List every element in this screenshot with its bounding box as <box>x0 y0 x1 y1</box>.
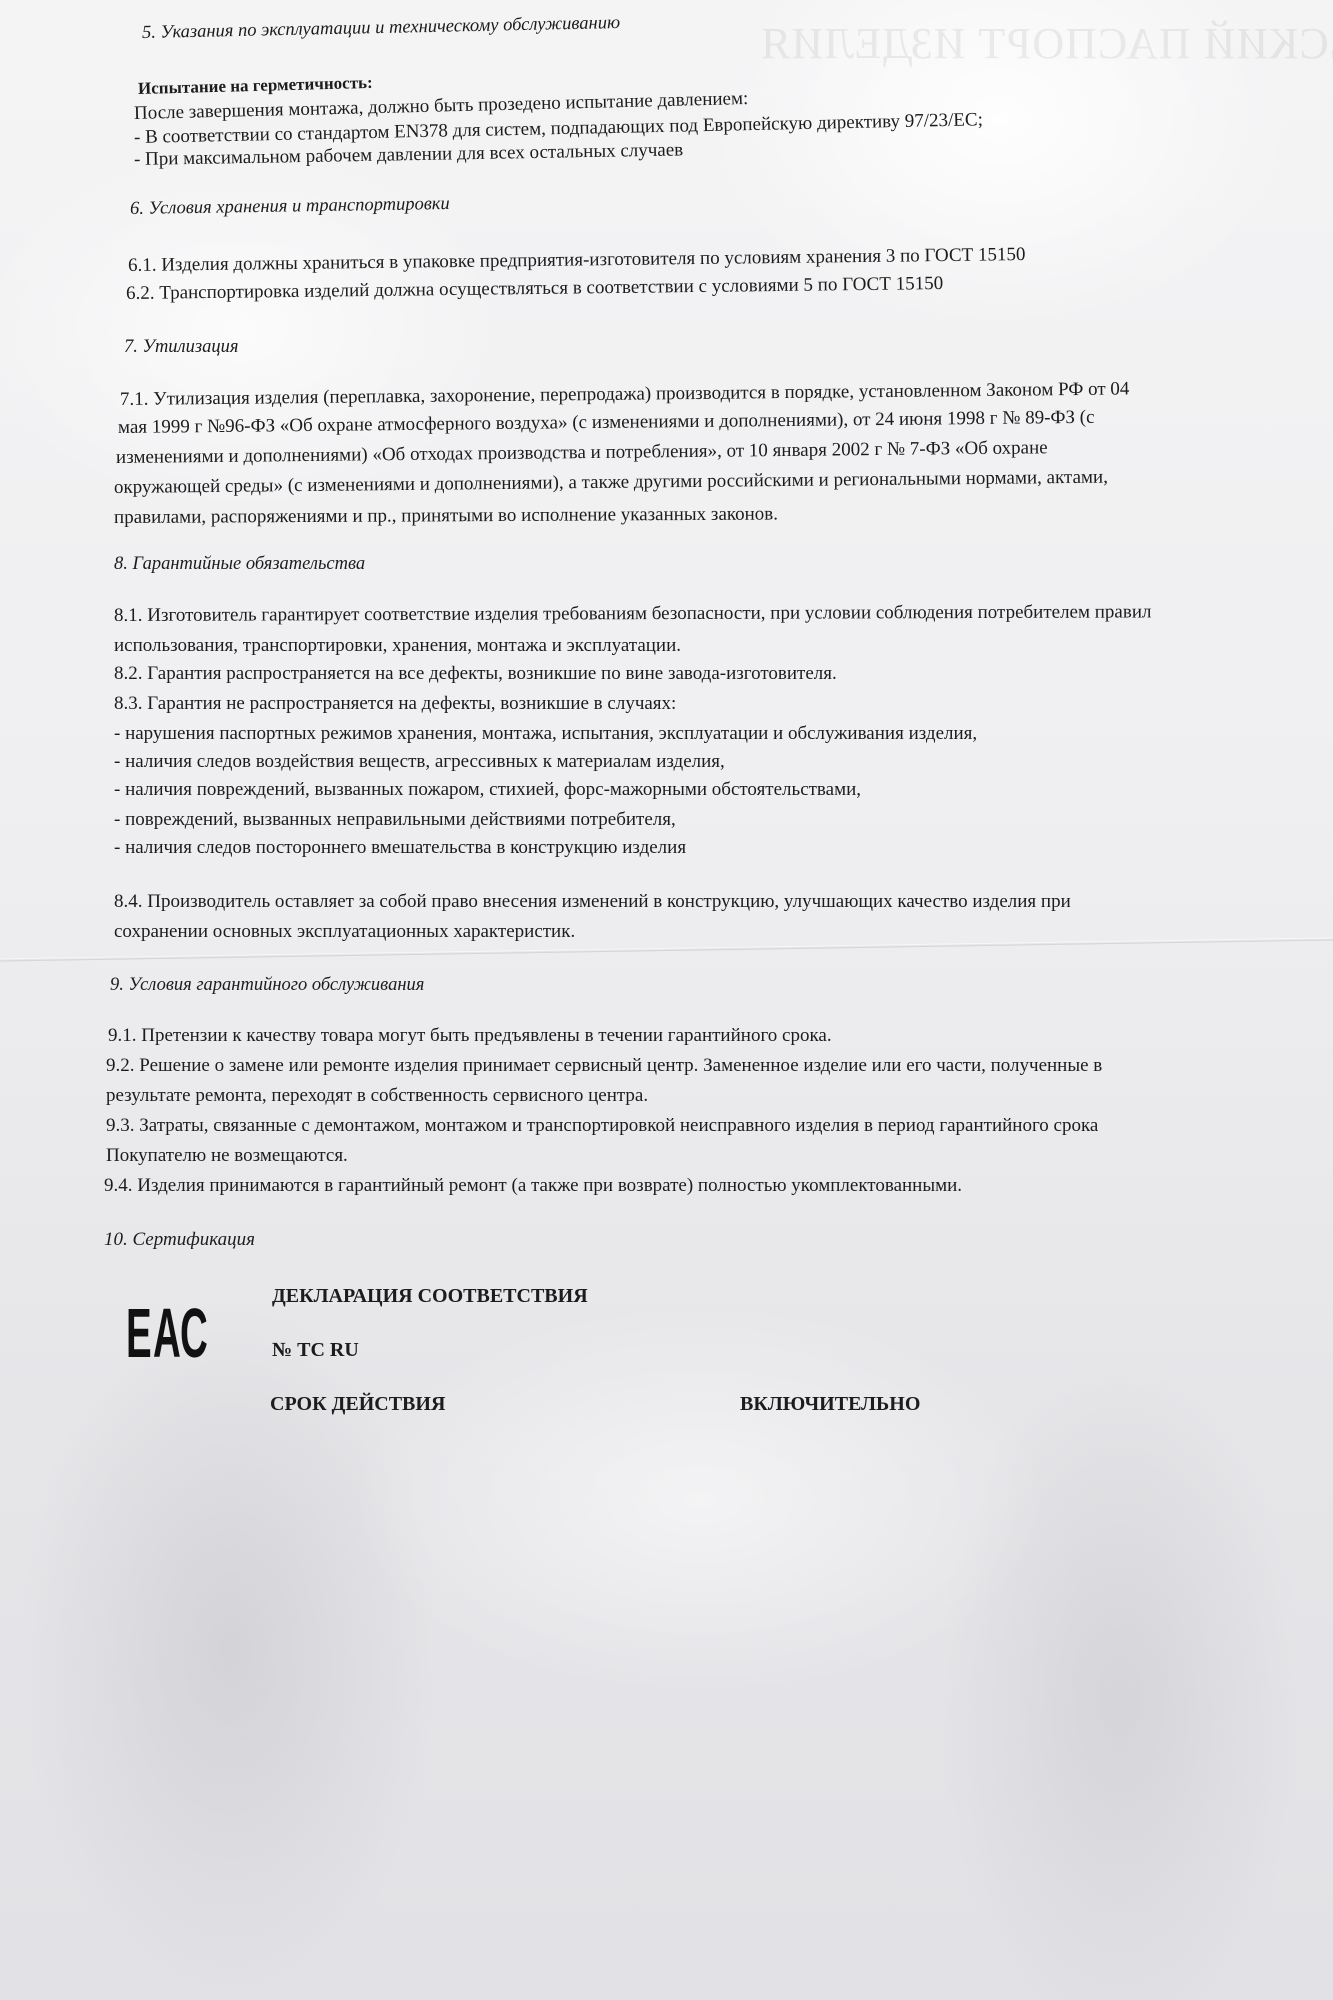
section-8-line: - повреждений, вызванных неправильными д… <box>114 810 676 829</box>
eac-certification-mark: E A C <box>126 1304 202 1364</box>
section-8-line: 8.4. Производитель оставляет за собой пр… <box>114 892 1071 911</box>
section-8-line: - наличия следов воздействия веществ, аг… <box>114 752 725 771</box>
inclusive-label: ВКЛЮЧИТЕЛЬНО <box>740 1394 920 1414</box>
section-8-line: - наличия следов постороннего вмешательс… <box>114 838 686 857</box>
section-7-line: правилами, распоряжениями и пр., приняты… <box>114 505 778 527</box>
section-8-line: использования, транспортировки, хранения… <box>114 636 681 655</box>
section-8-line: 8.3. Гарантия не распространяется на деф… <box>114 694 676 713</box>
section-9-line: результате ремонта, переходят в собствен… <box>106 1086 648 1105</box>
eac-letter: E <box>126 1304 138 1364</box>
section-9-line: 9.1. Претензии к качеству товара могут б… <box>108 1026 832 1045</box>
section-8-line: сохранении основных эксплуатационных хар… <box>114 922 575 941</box>
section-9-line: 9.2. Решение о замене или ремонте издели… <box>106 1056 1102 1075</box>
validity-label: СРОК ДЕЙСТВИЯ <box>270 1394 445 1414</box>
section-7-heading: 7. Утилизация <box>124 338 238 357</box>
section-8-line: 8.2. Гарантия распространяется на все де… <box>114 664 837 683</box>
section-8-line: 8.1. Изготовитель гарантирует соответств… <box>114 602 1152 625</box>
eac-letter: C <box>180 1304 192 1364</box>
section-9-line: 9.3. Затраты, связанные с демонтажом, мо… <box>106 1116 1098 1135</box>
ghost-mirrored-title: ТЕХНИЧЕСКИЙ ПАСПОРТ ИЗДЕЛИЯ <box>760 18 1333 69</box>
section-9-line: Покупателю не возмещаются. <box>106 1146 348 1165</box>
section-9-heading: 9. Условия гарантийного обслуживания <box>110 976 424 995</box>
section-9-line: 9.4. Изделия принимаются в гарантийный р… <box>104 1176 962 1195</box>
section-8-line: - наличия повреждений, вызванных пожаром… <box>114 780 861 799</box>
section-8-line: - нарушения паспортных режимов хранения,… <box>114 724 977 743</box>
section-8-heading: 8. Гарантийные обязательства <box>114 555 365 574</box>
section-10-heading-text: 10. Сертификация <box>104 1229 255 1250</box>
section-10-heading: 10. Сертификация <box>104 1230 255 1249</box>
eac-letter: A <box>153 1304 165 1364</box>
declaration-title: ДЕКЛАРАЦИЯ СООТВЕТСТВИЯ <box>272 1286 588 1306</box>
declaration-number-label: № ТС RU <box>272 1340 359 1360</box>
